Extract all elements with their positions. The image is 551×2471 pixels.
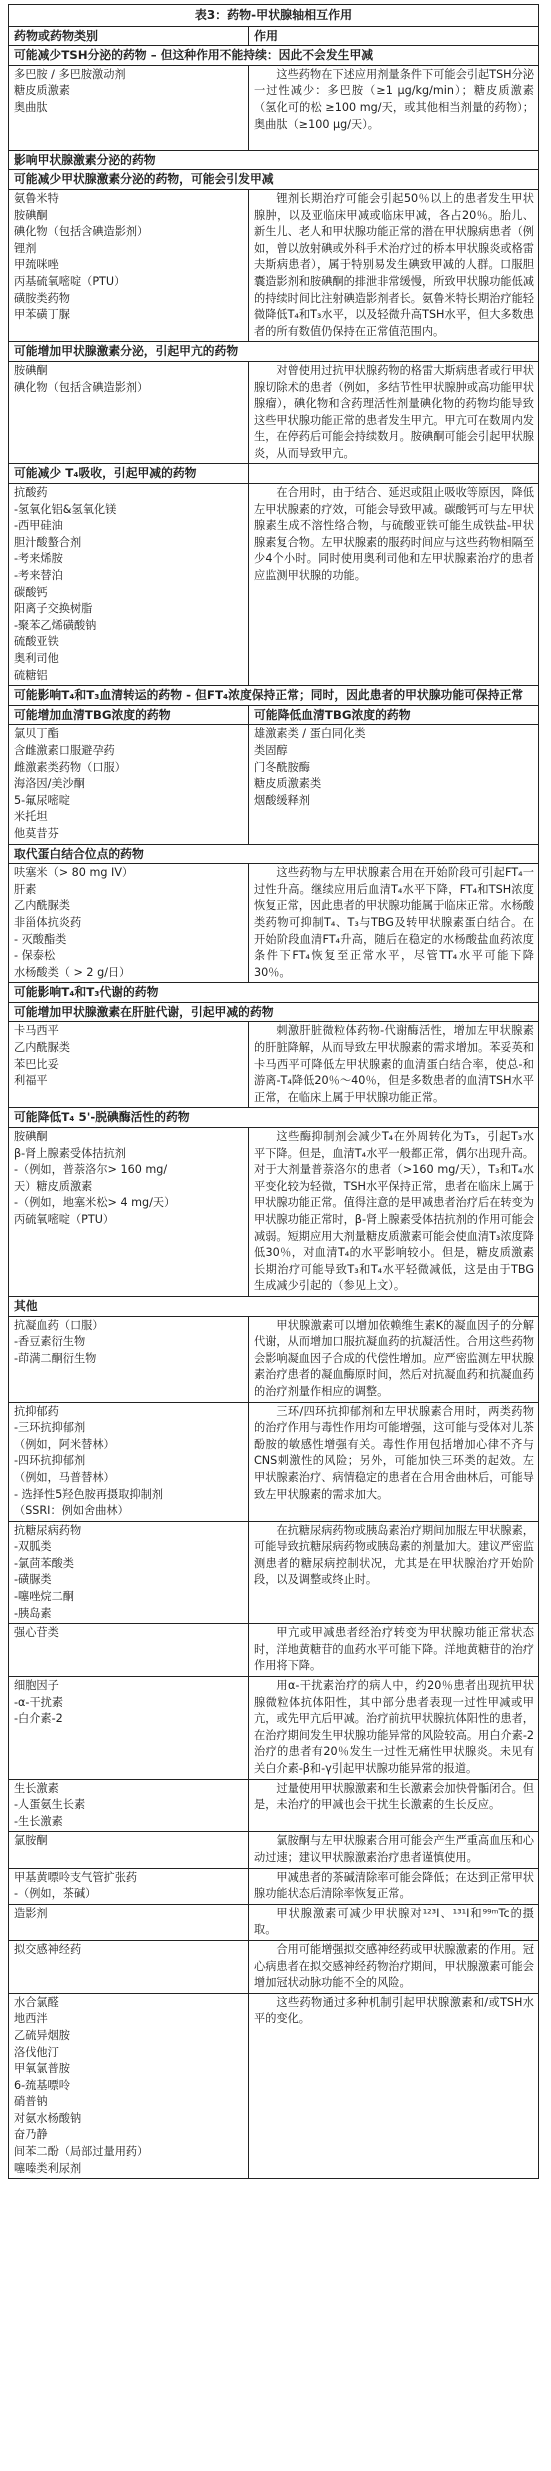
effect-text: 用α-干扰素治疗的病人中，约20％患者出现抗甲状腺微粒体抗体阳性，其中部分患者表…	[249, 1677, 539, 1780]
drug-item: 氨鲁米特	[14, 191, 244, 208]
drug-item: 丙基硫氧嘧啶（PTU）	[14, 274, 244, 291]
section-header-secretion: 影响甲状腺激素分泌的药物	[9, 150, 539, 170]
drug-item: 碳酸钙	[14, 585, 244, 602]
drug-list: 抗酸药-氢氧化铝&氢氧化镁-西甲硅油胆汁酸螯合剂-考来烯胺-考来替泊碳酸钙阳离子…	[9, 484, 249, 686]
table-title: 表3：药物-甲状腺轴相互作用	[9, 5, 539, 27]
table-row: 氨鲁米特胺碘酮碘化物（包括含碘造影剂）锂剂甲巯咪唑丙基硫氧嘧啶（PTU）磺胺类药…	[9, 189, 539, 341]
drug-item: -考来烯胺	[14, 551, 244, 568]
drug-item: 胺碘酮	[14, 363, 244, 380]
drug-item: 甲苯磺丁脲	[14, 307, 244, 324]
drug-item: -人蛋氨生长素	[14, 1797, 244, 1814]
effect-text: 对曾使用过抗甲状腺药物的格雷大斯病患者或行甲状腺切除术的患者（例如，多结节性甲状…	[249, 361, 539, 464]
drug-item: 抗糖尿病药物	[14, 1523, 244, 1540]
effect-text: 刺激肝脏微粒体药物-代谢酶活性，增加左甲状腺素的肝脏降解，从而导致左甲状腺素的需…	[249, 1022, 539, 1108]
effect-text: 这些药物与左甲状腺素合用在开始阶段可引起FT₄一过性升高。继续应用后血清T₄水平…	[249, 864, 539, 983]
drug-item: -四环抗抑郁剂	[14, 1453, 244, 1470]
table-row: 卡马西平乙内酰脲类苯巴比妥利福平 刺激肝脏微粒体药物-代谢酶活性，增加左甲状腺素…	[9, 1022, 539, 1108]
drug-item: 硫糖铝	[14, 668, 244, 685]
section-header-other: 其他	[9, 1296, 539, 1316]
drug-item: 奥利司他	[14, 651, 244, 668]
drug-item: 奋乃静	[14, 2127, 244, 2144]
table-row: 抗酸药-氢氧化铝&氢氧化镁-西甲硅油胆汁酸螯合剂-考来烯胺-考来替泊碳酸钙阳离子…	[9, 484, 539, 686]
subsection-header-hepatic-metabolism: 可能增加甲状腺激素在肝脏代谢，引起甲减的药物	[9, 1002, 539, 1022]
drug-item: -氯茴苯酸类	[14, 1556, 244, 1573]
drug-item: 硫酸亚铁	[14, 634, 244, 651]
drug-item: 氯贝丁酯	[14, 726, 244, 743]
drug-list: 拟交感神经药	[9, 1940, 249, 1993]
drug-list: 呋塞米（> 80 mg IV）肝素乙内酰脲类非甾体抗炎药- 灭酸酯类- 保泰松水…	[9, 864, 249, 983]
drug-item: 糖皮质激素	[14, 83, 244, 100]
drug-item: 噻嗪类利尿剂	[14, 2161, 244, 2178]
effect-text: 在合用时，由于结合、延迟或阻止吸收等原因，降低左甲状腺素的疗效，可能会导致甲减。…	[249, 484, 539, 686]
subsection-header-secretion-increase: 可能增加甲状腺激素分泌，引起甲亢的药物	[9, 342, 539, 362]
drug-item: 生长激素	[14, 1781, 244, 1798]
effect-text: 甲亢或甲减患者经治疗转变为甲状腺功能正常状态时，洋地黄糖苷的血药水平可能下降。洋…	[249, 1624, 539, 1677]
drug-list: 抗抑郁药-三环抗抑郁剂（例如，阿米替林）-四环抗抑郁剂（例如，马普替林）- 选择…	[9, 1402, 249, 1521]
drug-item: 洛伐他汀	[14, 2045, 244, 2062]
empty-cell	[249, 464, 539, 484]
drug-list: 造影剂	[9, 1904, 249, 1940]
section-header-metabolism: 可能影响T₄和T₃代谢的药物	[9, 983, 539, 1003]
drug-item: 米托坦	[14, 809, 244, 826]
drug-item: 抗抑郁药	[14, 1404, 244, 1421]
drug-item: 地西泮	[14, 2011, 244, 2028]
drug-list: 胺碘酮碘化物（包括含碘造影剂）	[9, 361, 249, 464]
table-row: 氯贝丁酯含雌激素口服避孕药雌激素类药物（口服）海洛因/美沙酮5-氟尿嘧啶米托坦他…	[9, 725, 539, 844]
drug-thyroid-interaction-table-document: 表3：药物-甲状腺轴相互作用 药物或药物类别 作用 可能减少TSH分泌的药物 –…	[8, 4, 538, 2179]
drug-item: 奥曲肽	[14, 100, 244, 117]
drug-item: -胰岛素	[14, 1606, 244, 1623]
table-row: 胺碘酮碘化物（包括含碘造影剂） 对曾使用过抗甲状腺药物的格雷大斯病患者或行甲状腺…	[9, 361, 539, 464]
effect-text: 这些酶抑制剂会减少T₄在外周转化为T₃，引起T₃水平下降。但是，血清T₄水平一般…	[249, 1128, 539, 1297]
drug-item: 细胞因子	[14, 1678, 244, 1695]
drug-item: -双胍类	[14, 1539, 244, 1556]
table-row: 胺碘酮β-肾上腺素受体拮抗剂-（例如，普萘洛尔> 160 mg/天）糖皮质激素-…	[9, 1128, 539, 1297]
drug-item: 类固醇	[254, 743, 534, 760]
drug-item: 间苯二酚（局部过量用药）	[14, 2144, 244, 2161]
drug-item: 雌激素类药物（口服）	[14, 760, 244, 777]
drug-item: 卡马西平	[14, 1023, 244, 1040]
drug-item: 甲巯咪唑	[14, 257, 244, 274]
drug-list: 胺碘酮β-肾上腺素受体拮抗剂-（例如，普萘洛尔> 160 mg/天）糖皮质激素-…	[9, 1128, 249, 1297]
drug-list: 生长激素-人蛋氨生长素-生长激素	[9, 1779, 249, 1832]
effect-text: 过量使用甲状腺激素和生长激素会加快骨骺闭合。但是，未治疗的甲减也会干扰生长激素的…	[249, 1779, 539, 1832]
drug-item: （例如，马普替林）	[14, 1470, 244, 1487]
drug-list: 卡马西平乙内酰脲类苯巴比妥利福平	[9, 1022, 249, 1108]
drug-list: 氨鲁米特胺碘酮碘化物（包括含碘造影剂）锂剂甲巯咪唑丙基硫氧嘧啶（PTU）磺胺类药…	[9, 189, 249, 341]
drug-item: 肝素	[14, 882, 244, 899]
effect-text: 在抗糖尿病药物或胰岛素治疗期间加服左甲状腺素，可能导致抗糖尿病药物或胰岛素的剂量…	[249, 1521, 539, 1624]
effect-text: 这些药物在下述应用剂量条件下可能会引起TSH分泌一过性减少：多巴胺（≥1 µg/…	[249, 65, 539, 150]
drug-item: 6-巯基嘌呤	[14, 2078, 244, 2095]
drug-item: -氢氧化铝&氢氧化镁	[14, 502, 244, 519]
drug-item: （SSRI：例如舍曲林）	[14, 1503, 244, 1520]
drug-item: 乙硫异烟胺	[14, 2028, 244, 2045]
table-row: 生长激素-人蛋氨生长素-生长激素过量使用甲状腺激素和生长激素会加快骨骺闭合。但是…	[9, 1779, 539, 1832]
drug-item: 甲氧氯普胺	[14, 2061, 244, 2078]
drug-list: 抗糖尿病药物-双胍类-氯茴苯酸类-磺脲类-噻唑烷二酮-胰岛素	[9, 1521, 249, 1624]
drug-list: 水合氯醛地西泮乙硫异烟胺洛伐他汀甲氧氯普胺6-巯基嘌呤硝普钠对氨水杨酸钠奋乃静间…	[9, 1993, 249, 2179]
drug-list: 抗凝血药（口服）-香豆素衍生物-茚满二酮衍生物	[9, 1316, 249, 1402]
drug-item: （例如，阿米替林）	[14, 1437, 244, 1454]
drug-item: -α-干扰素	[14, 1695, 244, 1712]
table-row: 细胞因子-α-干扰素-白介素-2用α-干扰素治疗的病人中，约20％患者出现抗甲状…	[9, 1677, 539, 1780]
drug-list-tbg-decrease: 雄激素类 / 蛋白同化类类固醇门冬酰胺酶糖皮质激素类烟酸缓释剂	[249, 725, 539, 844]
drug-item: -香豆素衍生物	[14, 1334, 244, 1351]
drug-item: -（例如，茶碱）	[14, 1886, 244, 1903]
effect-text: 甲状腺激素可减少甲状腺对¹²³I、¹³¹I和⁹⁹ᵐTc的摄取。	[249, 1904, 539, 1940]
drug-item: 磺胺类药物	[14, 291, 244, 308]
drug-item: 造影剂	[14, 1906, 244, 1923]
column-header-effect: 作用	[249, 26, 539, 46]
drug-item: 水杨酸类（ > 2 g/日）	[14, 965, 244, 982]
table-row: 氯胺酮氯胺酮与左甲状腺素合用可能会产生严重高血压和心动过速；建议甲状腺激素治疗患…	[9, 1832, 539, 1868]
table-row: 水合氯醛地西泮乙硫异烟胺洛伐他汀甲氧氯普胺6-巯基嘌呤硝普钠对氨水杨酸钠奋乃静间…	[9, 1993, 539, 2179]
drug-item: 胆汁酸螯合剂	[14, 535, 244, 552]
drug-item: 糖皮质激素类	[254, 776, 534, 793]
drug-item: 胺碘酮	[14, 208, 244, 225]
drug-item: -（例如，普萘洛尔> 160 mg/	[14, 1162, 244, 1179]
table-row: 造影剂甲状腺激素可减少甲状腺对¹²³I、¹³¹I和⁹⁹ᵐTc的摄取。	[9, 1904, 539, 1940]
drug-list: 多巴胺 / 多巴胺激动剂糖皮质激素奥曲肽	[9, 65, 249, 150]
subsection-header-secretion-decrease: 可能减少甲状腺激素分泌的药物，可能会引发甲减	[9, 170, 539, 190]
other-rows: 抗凝血药（口服）-香豆素衍生物-茚满二酮衍生物甲状腺激素可以增加依赖维生素K的凝…	[9, 1316, 539, 2179]
drug-item: 海洛因/美沙酮	[14, 776, 244, 793]
drug-item: 雄激素类 / 蛋白同化类	[254, 726, 534, 743]
drug-item: 抗凝血药（口服）	[14, 1318, 244, 1335]
table-row: 抗糖尿病药物-双胍类-氯茴苯酸类-磺脲类-噻唑烷二酮-胰岛素在抗糖尿病药物或胰岛…	[9, 1521, 539, 1624]
drug-item: 碘化物（包括含碘造影剂）	[14, 224, 244, 241]
table-row: 抗凝血药（口服）-香豆素衍生物-茚满二酮衍生物甲状腺激素可以增加依赖维生素K的凝…	[9, 1316, 539, 1402]
drug-list-tbg-increase: 氯贝丁酯含雌激素口服避孕药雌激素类药物（口服）海洛因/美沙酮5-氟尿嘧啶米托坦他…	[9, 725, 249, 844]
drug-item: 5-氟尿嘧啶	[14, 793, 244, 810]
drug-item: 门冬酰胺酶	[254, 760, 534, 777]
drug-item: 天）糖皮质激素	[14, 1179, 244, 1196]
effect-text: 甲状腺激素可以增加依赖维生素K的凝血因子的分解代谢，从而增加口服抗凝血药的抗凝活…	[249, 1316, 539, 1402]
drug-item: -磺脲类	[14, 1572, 244, 1589]
effect-text: 这些药物通过多种机制引起甲状腺激素和/或TSH水平的变化。	[249, 1993, 539, 2179]
drug-item: 硝普钠	[14, 2094, 244, 2111]
drug-item: -考来替泊	[14, 568, 244, 585]
table-row: 强心苷类甲亢或甲减患者经治疗转变为甲状腺功能正常状态时，洋地黄糖苷的血药水平可能…	[9, 1624, 539, 1677]
subsection-header-tbg-increase: 可能增加血清TBG浓度的药物	[9, 705, 249, 725]
drug-item: 乙内酰脲类	[14, 898, 244, 915]
subsection-header-tbg-decrease: 可能降低血清TBG浓度的药物	[249, 705, 539, 725]
drug-item: -（例如，地塞米松> 4 mg/天）	[14, 1195, 244, 1212]
drug-list: 氯胺酮	[9, 1832, 249, 1868]
table-row: 抗抑郁药-三环抗抑郁剂（例如，阿米替林）-四环抗抑郁剂（例如，马普替林）- 选择…	[9, 1402, 539, 1521]
effect-text: 甲减患者的茶碱清除率可能会降低；在达到正常甲状腺功能状态后清除率恢复正常。	[249, 1868, 539, 1904]
drug-item: 烟酸缓释剂	[254, 793, 534, 810]
drug-item: 拟交感神经药	[14, 1942, 244, 1959]
drug-item: 抗酸药	[14, 485, 244, 502]
drug-item: -三环抗抑郁剂	[14, 1420, 244, 1437]
section-header-serum-transport: 可能影响T₄和T₃血清转运的药物 - 但FT₄浓度保持正常；同时，因此患者的甲状…	[9, 686, 539, 706]
drug-list: 细胞因子-α-干扰素-白介素-2	[9, 1677, 249, 1780]
subsection-header-binding-displacement: 取代蛋白结合位点的药物	[9, 844, 539, 864]
effect-text: 三环/四环抗抑郁剂和左甲状腺素合用时，两类药物的治疗作用与毒性作用均可能增强，这…	[249, 1402, 539, 1521]
drug-item: 碘化物（包括含碘造影剂）	[14, 380, 244, 397]
drug-item: 利福平	[14, 1073, 244, 1090]
drug-item: 强心苷类	[14, 1625, 244, 1642]
drug-item: 甲基黄嘌呤支气管扩张药	[14, 1870, 244, 1887]
table-row: 甲基黄嘌呤支气管扩张药-（例如，茶碱）甲减患者的茶碱清除率可能会降低；在达到正常…	[9, 1868, 539, 1904]
table-row: 呋塞米（> 80 mg IV）肝素乙内酰脲类非甾体抗炎药- 灭酸酯类- 保泰松水…	[9, 864, 539, 983]
drug-item: 他莫昔芬	[14, 826, 244, 843]
column-header-drug: 药物或药物类别	[9, 26, 249, 46]
table-row: 多巴胺 / 多巴胺激动剂糖皮质激素奥曲肽 这些药物在下述应用剂量条件下可能会引起…	[9, 65, 539, 150]
drug-item: -生长激素	[14, 1814, 244, 1831]
drug-list: 强心苷类	[9, 1624, 249, 1677]
drug-item: 丙硫氧嘧啶（PTU）	[14, 1212, 244, 1229]
drug-list: 甲基黄嘌呤支气管扩张药-（例如，茶碱）	[9, 1868, 249, 1904]
drug-item: -西甲硅油	[14, 518, 244, 535]
drug-item: 水合氯醛	[14, 1995, 244, 2012]
drug-item: - 灭酸酯类	[14, 932, 244, 949]
drug-item: 乙内酰脲类	[14, 1040, 244, 1057]
drug-item: -聚苯乙烯磺酸钠	[14, 618, 244, 635]
drug-item: 含雌激素口服避孕药	[14, 743, 244, 760]
drug-item: - 选择性5羟色胺再摄取抑制剂	[14, 1487, 244, 1504]
table-row: 拟交感神经药合用可能增强拟交感神经药或甲状腺激素的作用。冠心病患者在拟交感神经药…	[9, 1940, 539, 1993]
drug-item: 对氨水杨酸钠	[14, 2111, 244, 2128]
drug-item: -噻唑烷二酮	[14, 1589, 244, 1606]
interaction-table: 表3：药物-甲状腺轴相互作用 药物或药物类别 作用 可能减少TSH分泌的药物 –…	[8, 4, 539, 2179]
effect-text: 合用可能增强拟交感神经药或甲状腺激素的作用。冠心病患者在拟交感神经药物治疗期间，…	[249, 1940, 539, 1993]
drug-item: 非甾体抗炎药	[14, 915, 244, 932]
drug-item: -白介素-2	[14, 1711, 244, 1728]
drug-item: 氯胺酮	[14, 1833, 244, 1850]
drug-item: -茚满二酮衍生物	[14, 1351, 244, 1368]
section-header-t4-absorption: 可能减少 T₄吸收，引起甲减的药物	[9, 464, 249, 484]
drug-item: - 保泰松	[14, 948, 244, 965]
subsection-header-deiodinase: 可能降低T₄ 5'-脱碘酶活性的药物	[9, 1108, 539, 1128]
drug-item: 锂剂	[14, 241, 244, 258]
drug-item: 多巴胺 / 多巴胺激动剂	[14, 67, 244, 84]
drug-item: 呋塞米（> 80 mg IV）	[14, 865, 244, 882]
effect-text: 锂剂长期治疗可能会引起50％以上的患者发生甲状腺肿，以及亚临床甲减或临床甲减，各…	[249, 189, 539, 341]
section-header-tsh-decrease: 可能减少TSH分泌的药物 – 但这种作用不能持续：因此不会发生甲减	[9, 46, 539, 66]
drug-item: β-肾上腺素受体拮抗剂	[14, 1146, 244, 1163]
drug-item: 苯巴比妥	[14, 1057, 244, 1074]
drug-item: 胺碘酮	[14, 1129, 244, 1146]
drug-item: 阳离子交换树脂	[14, 601, 244, 618]
effect-text: 氯胺酮与左甲状腺素合用可能会产生严重高血压和心动过速；建议甲状腺激素治疗患者谨慎…	[249, 1832, 539, 1868]
